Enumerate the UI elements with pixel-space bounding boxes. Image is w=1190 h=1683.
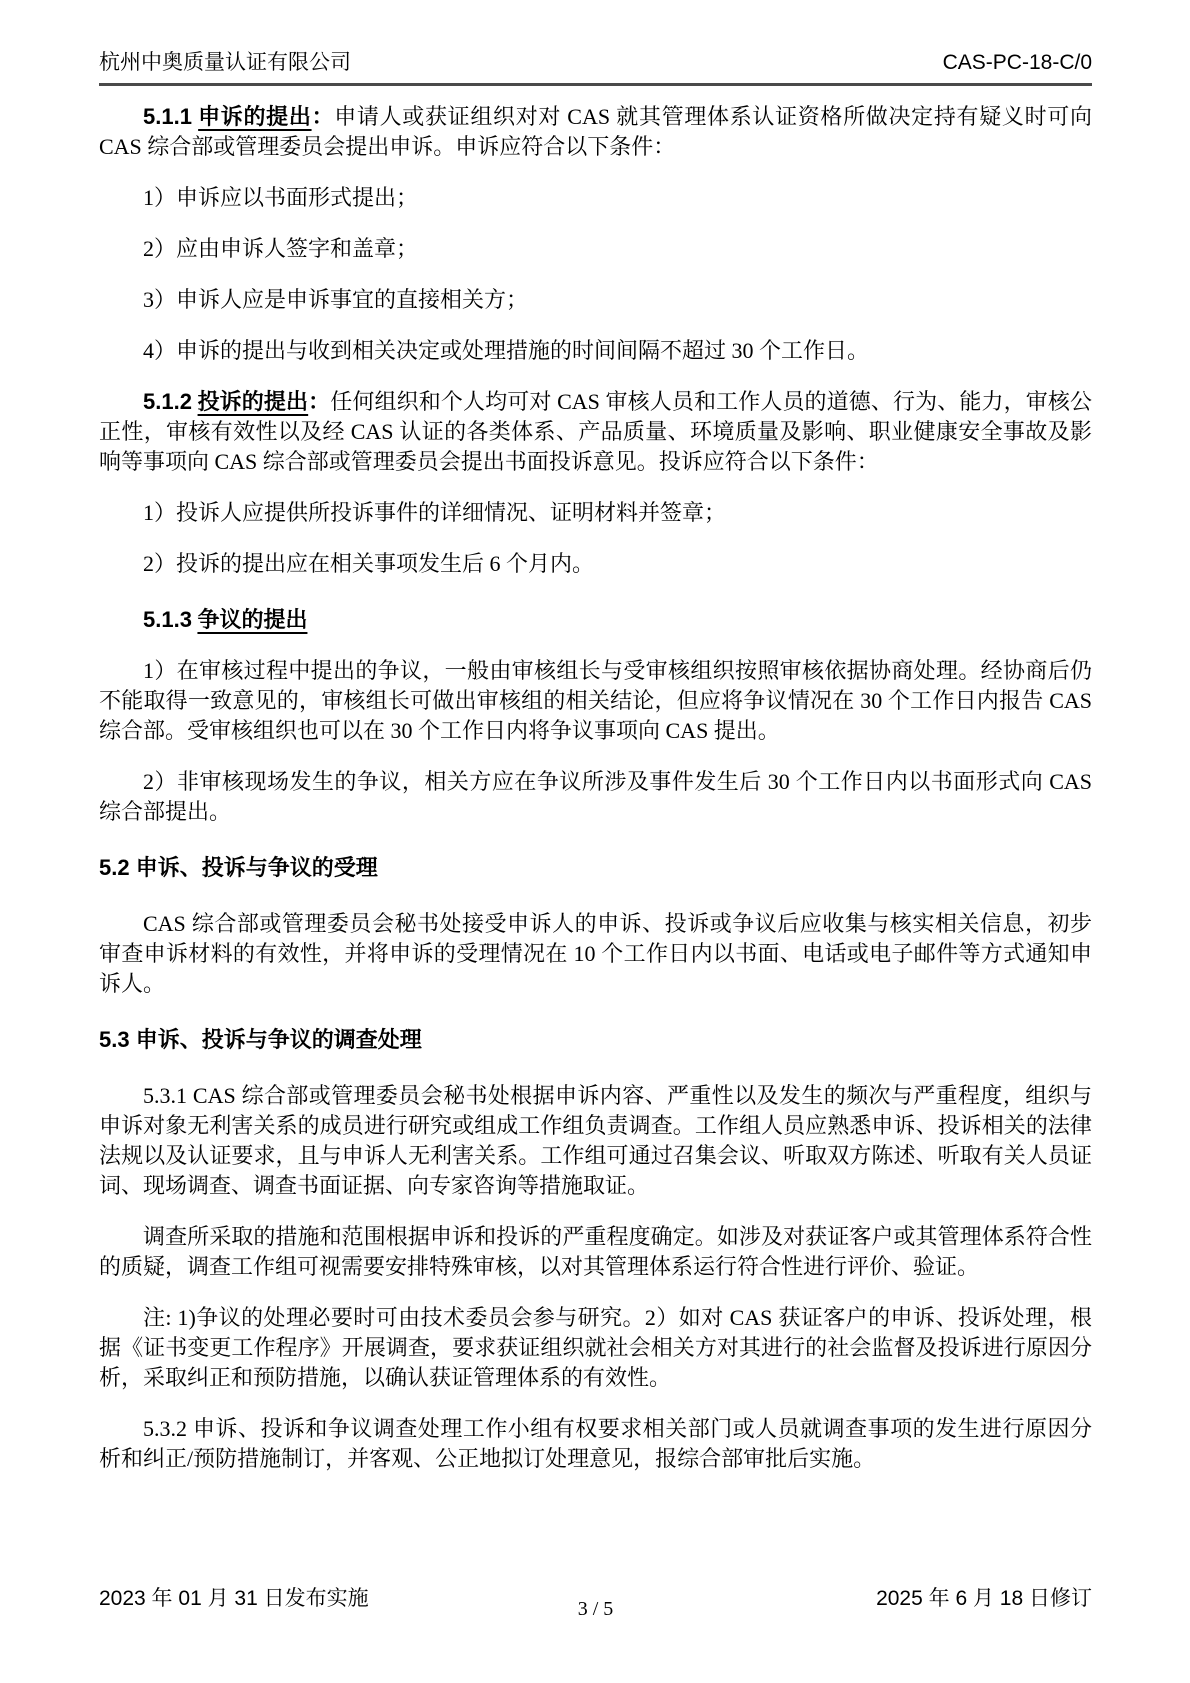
list-item-5-1-2-2: 2）投诉的提出应在相关事项发生后 6 个月内。 — [99, 549, 1092, 579]
section-number: 5.1.1 — [143, 104, 192, 129]
section-number: 5.1.3 — [143, 607, 192, 632]
page-footer: 2023 年 01 月 31 日发布实施 3 / 5 2025 年 6 月 18… — [99, 1586, 1092, 1622]
para-5-3-investigation: 调查所采取的措施和范围根据申诉和投诉的严重程度确定。如涉及对获证客户或其管理体系… — [99, 1222, 1092, 1282]
company-name: 杭州中奥质量认证有限公司 — [99, 50, 351, 76]
para-5-3-2: 5.3.2 申诉、投诉和争议调查处理工作小组有权要求相关部门或人员就调查事项的发… — [99, 1414, 1092, 1474]
para-5-1-3-1: 1）在审核过程中提出的争议，一般由审核组长与受审核组织按照审核依据协商处理。经协… — [99, 656, 1092, 746]
page-header: 杭州中奥质量认证有限公司 CAS-PC-18-C/0 — [99, 0, 1092, 86]
section-colon: ： — [308, 389, 330, 414]
heading-5-3: 5.3 申诉、投诉与争议的调查处理 — [99, 1025, 1092, 1055]
document-code: CAS-PC-18-C/0 — [943, 50, 1092, 76]
list-item-5-1-1-4: 4）申诉的提出与收到相关决定或处理措施的时间间隔不超过 30 个工作日。 — [99, 336, 1092, 366]
section-colon: ： — [312, 104, 335, 129]
section-title: 争议的提出 — [197, 607, 307, 632]
page-number: 3 / 5 — [578, 1596, 614, 1622]
para-5-3-note: 注: 1)争议的处理必要时可由技术委员会参与研究。2）如对 CAS 获证客户的申… — [99, 1303, 1092, 1393]
list-item-5-1-1-1: 1）申诉应以书面形式提出； — [99, 183, 1092, 213]
document-body: 5.1.1 申诉的提出：申请人或获证组织对对 CAS 就其管理体系认证资格所做决… — [99, 102, 1092, 1474]
heading-5-1-3: 5.1.3 争议的提出 — [99, 605, 1092, 635]
para-5-2: CAS 综合部或管理委员会秘书处接受申诉人的申诉、投诉或争议后应收集与核实相关信… — [99, 909, 1092, 999]
section-title: 投诉的提出 — [198, 389, 309, 414]
para-5-1-3-2: 2）非审核现场发生的争议，相关方应在争议所涉及事件发生后 30 个工作日内以书面… — [99, 767, 1092, 827]
para-5-3-1: 5.3.1 CAS 综合部或管理委员会秘书处根据申诉内容、严重性以及发生的频次与… — [99, 1081, 1092, 1201]
section-number: 5.1.2 — [143, 389, 192, 414]
revision-date: 2025 年 6 月 18 日修订 — [613, 1586, 1092, 1612]
document-page: 杭州中奥质量认证有限公司 CAS-PC-18-C/0 5.1.1 申诉的提出：申… — [0, 0, 1190, 1683]
list-item-5-1-1-3: 3）申诉人应是申诉事宜的直接相关方； — [99, 285, 1092, 315]
list-item-5-1-1-2: 2）应由申诉人签字和盖章； — [99, 234, 1092, 264]
section-title: 申诉的提出 — [198, 104, 311, 129]
heading-5-2: 5.2 申诉、投诉与争议的受理 — [99, 853, 1092, 883]
para-5-1-2: 5.1.2 投诉的提出：任何组织和个人均可对 CAS 审核人员和工作人员的道德、… — [99, 387, 1092, 477]
para-5-1-1: 5.1.1 申诉的提出：申请人或获证组织对对 CAS 就其管理体系认证资格所做决… — [99, 102, 1092, 162]
issue-date: 2023 年 01 月 31 日发布实施 — [99, 1586, 578, 1612]
list-item-5-1-2-1: 1）投诉人应提供所投诉事件的详细情况、证明材料并签章； — [99, 498, 1092, 528]
